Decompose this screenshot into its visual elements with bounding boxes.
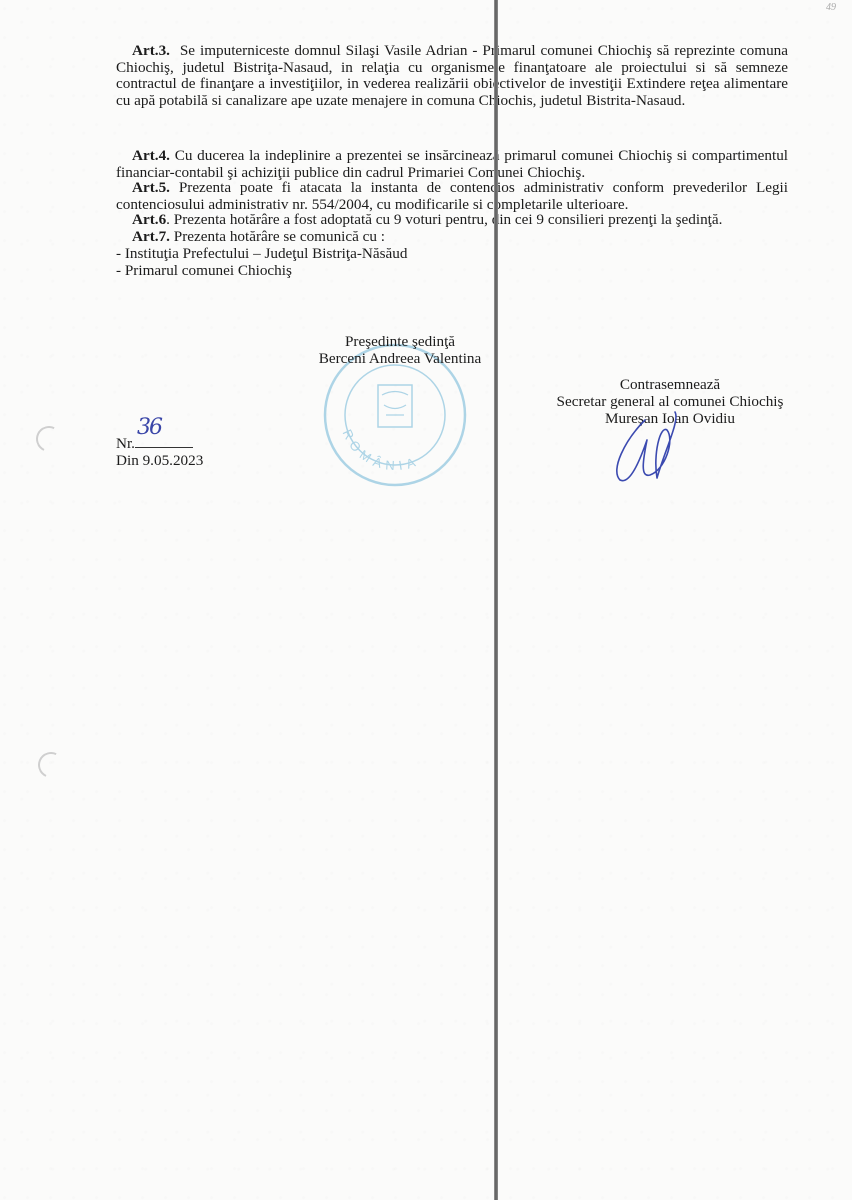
recipient-item: - Instituţia Prefectului – Judeţul Bistr…	[116, 245, 407, 263]
article-7-text: Prezenta hotărâre se comunică cu :	[174, 228, 385, 245]
article-7-label: Art.7.	[132, 228, 170, 245]
nr-value: 36	[137, 419, 161, 436]
nr-label: Nr.	[116, 435, 135, 452]
article-5: Art.5. Prezenta poate fi atacata la inst…	[116, 180, 788, 213]
article-3-label: Art.3.	[132, 42, 170, 59]
article-4: Art.4. Cu ducerea la indeplinire a preze…	[116, 148, 788, 181]
article-4-text: Cu ducerea la indeplinire a prezentei se…	[116, 147, 788, 181]
recipient-item: - Primarul comunei Chiochiş	[116, 262, 292, 280]
article-5-label: Art.5.	[132, 179, 170, 196]
article-6: Art.6. Prezenta hotărâre a fost adoptată…	[116, 212, 788, 229]
article-6-label: Art.6	[132, 211, 166, 228]
article-3: Art.3. Se imputerniceste domnul Silaşi V…	[116, 43, 788, 109]
registration-block: Nr.36 Din 9.05.2023	[116, 433, 203, 469]
article-4-label: Art.4.	[132, 147, 170, 164]
article-7: Art.7. Prezenta hotărâre se comunică cu …	[116, 229, 788, 246]
article-5-text: Prezenta poate fi atacata la instanta de…	[116, 179, 788, 213]
scan-fold-line	[494, 0, 498, 1200]
article-3-text: Se imputerniceste domnul Silaşi Vasile A…	[116, 42, 788, 109]
countersign-title: Contrasemnează	[520, 376, 820, 393]
page-number-mark: 49	[826, 2, 836, 13]
stamp-text: ROMÂNIA	[340, 427, 422, 473]
punch-hole-mark	[34, 748, 67, 781]
article-6-text: . Prezenta hotărâre a fost adoptată cu 9…	[166, 211, 722, 228]
handwritten-signature	[605, 400, 715, 490]
president-name: Berceni Andreea Valentina	[300, 350, 500, 367]
registration-date: Din 9.05.2023	[116, 452, 203, 469]
president-signature-block: Preşedinte şedinţă Berceni Andreea Valen…	[300, 333, 500, 367]
svg-text:ROMÂNIA: ROMÂNIA	[340, 427, 422, 473]
punch-hole-mark	[32, 422, 65, 455]
president-title: Preşedinte şedinţă	[300, 333, 500, 350]
